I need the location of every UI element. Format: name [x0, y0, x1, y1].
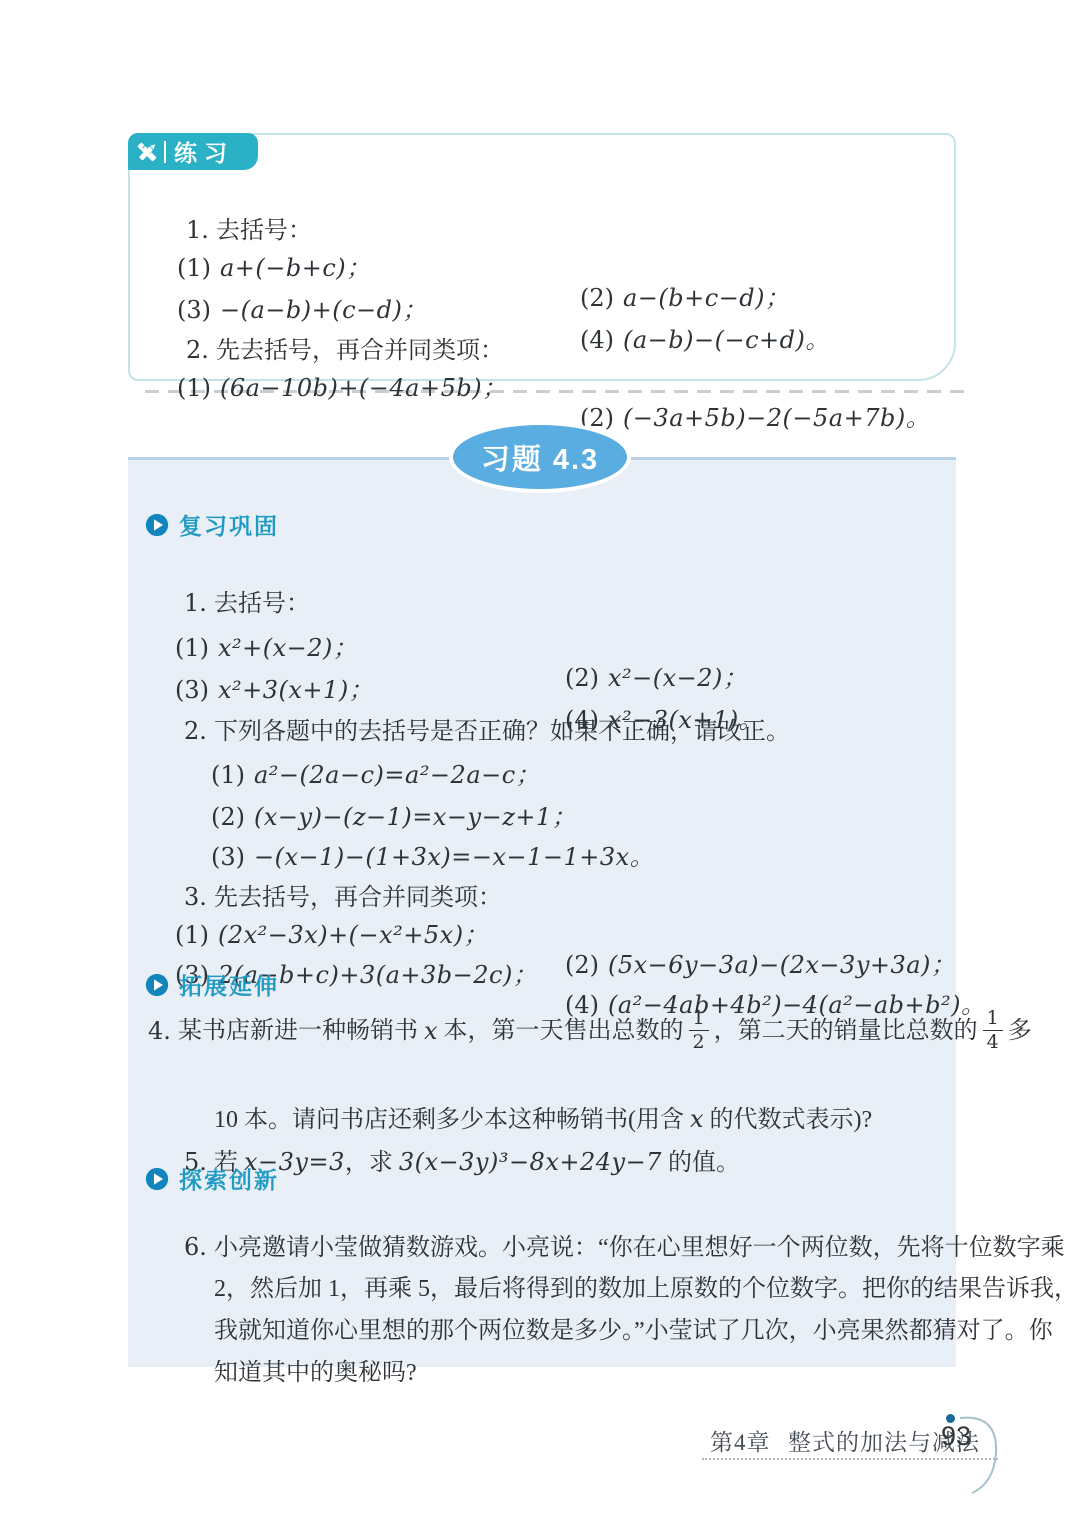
item-label: (1) — [177, 374, 211, 402]
q5-text: ，求 — [345, 1150, 399, 1176]
exercise-item: (1)(6a−10b)+(−4a+5b)； — [177, 373, 507, 404]
q6-text: 知道其中的奥秘吗? — [214, 1360, 417, 1386]
fraction-numerator: 1 — [983, 1007, 1003, 1031]
fraction-one-quarter: 14 — [983, 1007, 1003, 1054]
section-title: 复习巩固 — [179, 508, 279, 541]
q4-text: ，第二天的销量比总数的 — [714, 1016, 978, 1046]
exercise-panel: 复习巩固 1.去括号： (1)x²+(x−2)； (2)x²−(x−2)； (3… — [128, 457, 956, 1367]
practice-badge: 练习 — [128, 133, 258, 170]
section-title: 拓展延伸 — [179, 968, 279, 1001]
practice-box: 练习 1.去括号： (1)a+(−b+c)； (2)a−(b+c−d)； (3)… — [128, 133, 956, 381]
q4-text: 某书店新进一种畅销书 — [178, 1016, 424, 1046]
q5-expression: 3(x−3y)³−8x+24y−7 — [399, 1148, 662, 1176]
section-extension: 拓展延伸 — [145, 968, 279, 1001]
q4-line1: 4.某书店新进一种畅销书 x 本，第一天售出总数的12，第二天的销量比总数的14… — [148, 1008, 1032, 1055]
play-icon — [145, 513, 169, 537]
fraction-denominator: 4 — [987, 1031, 999, 1054]
textbook-page: 练习 1.去括号： (1)a+(−b+c)； (2)a−(b+c−d)； (3)… — [0, 0, 1080, 1528]
section-title: 探索创新 — [179, 1162, 279, 1195]
fraction-denominator: 2 — [693, 1031, 705, 1054]
exercise-set-badge: 习题 4.3 — [449, 421, 631, 493]
footer-chapter: 第4章 — [710, 1424, 771, 1457]
fraction-numerator: 1 — [689, 1007, 709, 1031]
q6-line4: 知道其中的奥秘吗? — [178, 1328, 417, 1418]
fraction-one-half: 12 — [689, 1007, 709, 1054]
variable-x: x — [424, 1016, 438, 1046]
item-expression: (−3a+5b)−2(−5a+7b)。 — [623, 404, 930, 432]
q4-text: 本，第一天售出总数的 — [438, 1016, 684, 1046]
exercise-item: (2)(−3a+5b)−2(−5a+7b)。 — [580, 403, 930, 434]
question-number: 4. — [148, 1016, 178, 1046]
practice-badge-label: 练习 — [174, 135, 234, 168]
section-review: 复习巩固 — [145, 508, 279, 541]
badge-divider — [164, 141, 166, 163]
q4-text: 多 — [1008, 1016, 1032, 1046]
q5-text: 的值。 — [662, 1150, 740, 1176]
pencil-ruler-icon — [134, 139, 160, 165]
item-expression: (6a−10b)+(−4a+5b)； — [220, 374, 507, 402]
footer-arc-decoration — [952, 1409, 1010, 1506]
exercise-set-badge-label: 习题 4.3 — [481, 437, 599, 478]
play-icon — [145, 1167, 169, 1191]
play-icon — [145, 973, 169, 997]
section-explore: 探索创新 — [145, 1162, 279, 1195]
